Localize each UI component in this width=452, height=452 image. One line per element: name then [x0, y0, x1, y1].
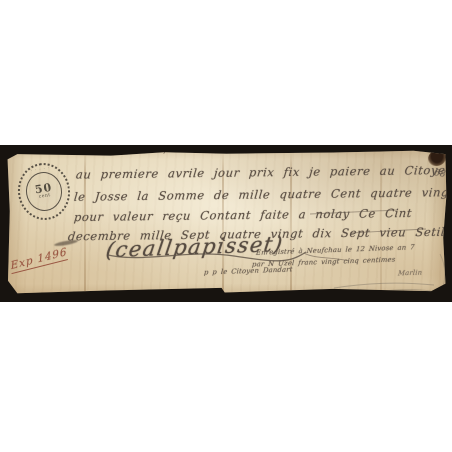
stamp-inner-ring: 50 cent	[23, 169, 65, 213]
flourish-inscription: (ceallpapisset)	[104, 232, 285, 262]
stamp-outer-ring: · · · · · 50 cent	[14, 159, 74, 223]
manuscript-paper: ’ · · · · · 50 cent au premiere avrile j…	[4, 149, 449, 297]
tax-stamp-icon: · · · · · 50 cent	[14, 159, 74, 223]
registrar-signature: Marlin	[398, 269, 423, 278]
stamp-unit: cent	[39, 194, 51, 200]
document-photo: ’ · · · · · 50 cent au premiere avrile j…	[0, 145, 452, 302]
expedition-mark: Exp 1496	[10, 246, 68, 274]
procuration-note: p p le Citoyen Dandart	[204, 265, 293, 276]
corner-mark: 68	[433, 168, 446, 179]
manuscript-line-2: le Josse la Somme de mille quatre Cent q…	[73, 184, 452, 204]
stray-pen-mark: ’	[160, 149, 167, 162]
manuscript-line-1: au premiere avrile jour prix fix je paie…	[75, 162, 452, 181]
manuscript-line-3: pour valeur reçu Contant faite a nolay C…	[73, 206, 412, 224]
